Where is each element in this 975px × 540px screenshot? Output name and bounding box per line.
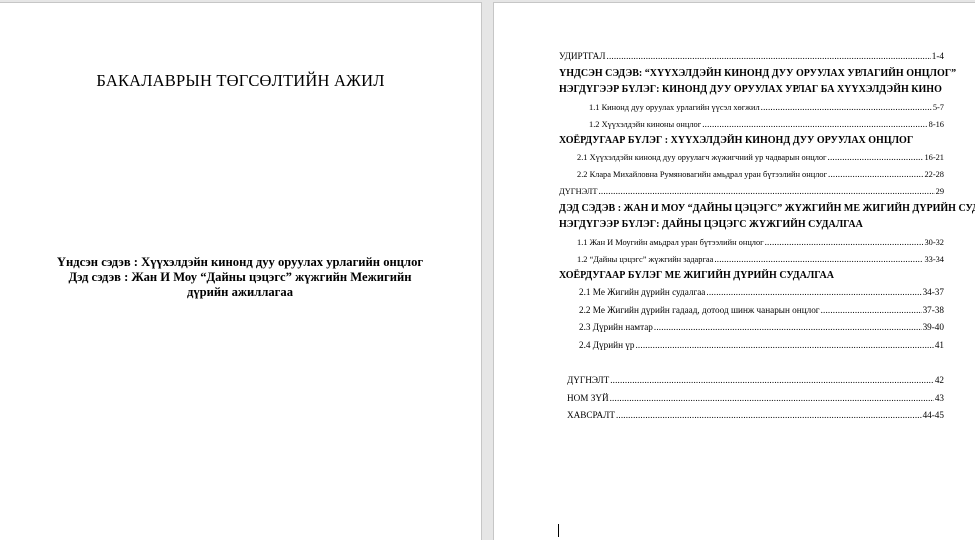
subject-block: Үндсэн сэдэв : Хүүхэлдэйн кинонд дуу ору… xyxy=(40,255,440,300)
toc-heading[interactable]: ДЭД СЭДЭВ : ЖАН И МОУ “ДАЙНЫ ЦЭЦЭГС” ЖҮЖ… xyxy=(559,200,944,217)
toc-entry[interactable]: 1.1 Кинонд дуу оруулах урлагийн үүсэл хө… xyxy=(559,99,944,116)
toc-heading[interactable]: НЭГДҮГЭЭР БҮЛЭГ: ДАЙНЫ ЦЭЦЭГС ЖҮЖГИЙН СУ… xyxy=(559,217,944,234)
toc-entry[interactable]: ДҮГНЭЛТ42 xyxy=(559,372,944,390)
page-table-of-contents[interactable]: УДИРТГАЛ1-4 ҮНДСЭН СЭДЭВ: “ХҮҮХЭЛДЭЙН КИ… xyxy=(493,2,975,540)
toc-entry[interactable]: 1.2 Хүүхэлдэйн киноны онцлог8-16 xyxy=(559,116,944,133)
toc-entry[interactable]: 2.2 Ме Жигийн дүрийн гадаад, дотоод шинж… xyxy=(559,302,944,320)
toc-entry[interactable]: УДИРТГАЛ1-4 xyxy=(559,48,944,66)
toc-entry[interactable]: 2.1 Ме Жигийн дүрийн судалгаа34-37 xyxy=(559,284,944,302)
toc-heading[interactable]: ХОЁРДУГААР БҮЛЭГ : ХҮҮХЭЛДЭЙН КИНОНД ДУУ… xyxy=(559,133,944,150)
toc-heading[interactable]: ХОЁРДУГААР БҮЛЭГ МЕ ЖИГИЙН ДҮРИЙН СУДАЛГ… xyxy=(559,268,944,285)
toc-entry[interactable]: 1.2 “Дайны цэцэгс” жүжгийн задаргаа33-34 xyxy=(559,251,944,268)
toc-entry[interactable]: ХАВСРАЛТ44-45 xyxy=(559,407,944,425)
toc-entry[interactable]: 2.2 Клара Михайловна Румяновагийн амьдра… xyxy=(559,166,944,183)
toc-entry[interactable]: ДҮГНЭЛТ29 xyxy=(559,183,944,200)
toc-heading[interactable]: НЭГДҮГЭЭР БҮЛЭГ: КИНОНД ДУУ ОРУУЛАХ УРЛА… xyxy=(559,82,944,99)
main-subject-line: Үндсэн сэдэв : Хүүхэлдэйн кинонд дуу ору… xyxy=(40,255,440,270)
text-cursor xyxy=(558,524,559,537)
sub-subject-line: Дэд сэдэв : Жан И Моу “Дайны цэцэгс” жүж… xyxy=(40,270,440,285)
toc-spacer xyxy=(559,354,944,372)
table-of-contents: УДИРТГАЛ1-4 ҮНДСЭН СЭДЭВ: “ХҮҮХЭЛДЭЙН КИ… xyxy=(559,48,944,425)
sub-subject-line-cont: дүрийн ажиллагаа xyxy=(40,285,440,300)
toc-heading[interactable]: ҮНДСЭН СЭДЭВ: “ХҮҮХЭЛДЭЙН КИНОНД ДУУ ОРУ… xyxy=(559,66,944,83)
document-workspace: БАКАЛАВРЫН ТӨГСӨЛТИЙН АЖИЛ Үндсэн сэдэв … xyxy=(0,0,975,540)
thesis-title: БАКАЛАВРЫН ТӨГСӨЛТИЙН АЖИЛ xyxy=(0,71,481,91)
toc-entry[interactable]: НОМ ЗҮЙ43 xyxy=(559,390,944,408)
toc-entry[interactable]: 2.4 Дүрийн үр41 xyxy=(559,337,944,355)
page-title-page[interactable]: БАКАЛАВРЫН ТӨГСӨЛТИЙН АЖИЛ Үндсэн сэдэв … xyxy=(0,2,482,540)
page-gutter xyxy=(482,0,493,540)
toc-entry[interactable]: 1.1 Жан И Моугийн амьдрал уран бүтээлийн… xyxy=(559,234,944,251)
toc-entry[interactable]: 2.3 Дүрийн намтар39-40 xyxy=(559,319,944,337)
toc-entry[interactable]: 2.1 Хүүхэлдэйн кинонд дуу оруулагч жүжиг… xyxy=(559,149,944,166)
